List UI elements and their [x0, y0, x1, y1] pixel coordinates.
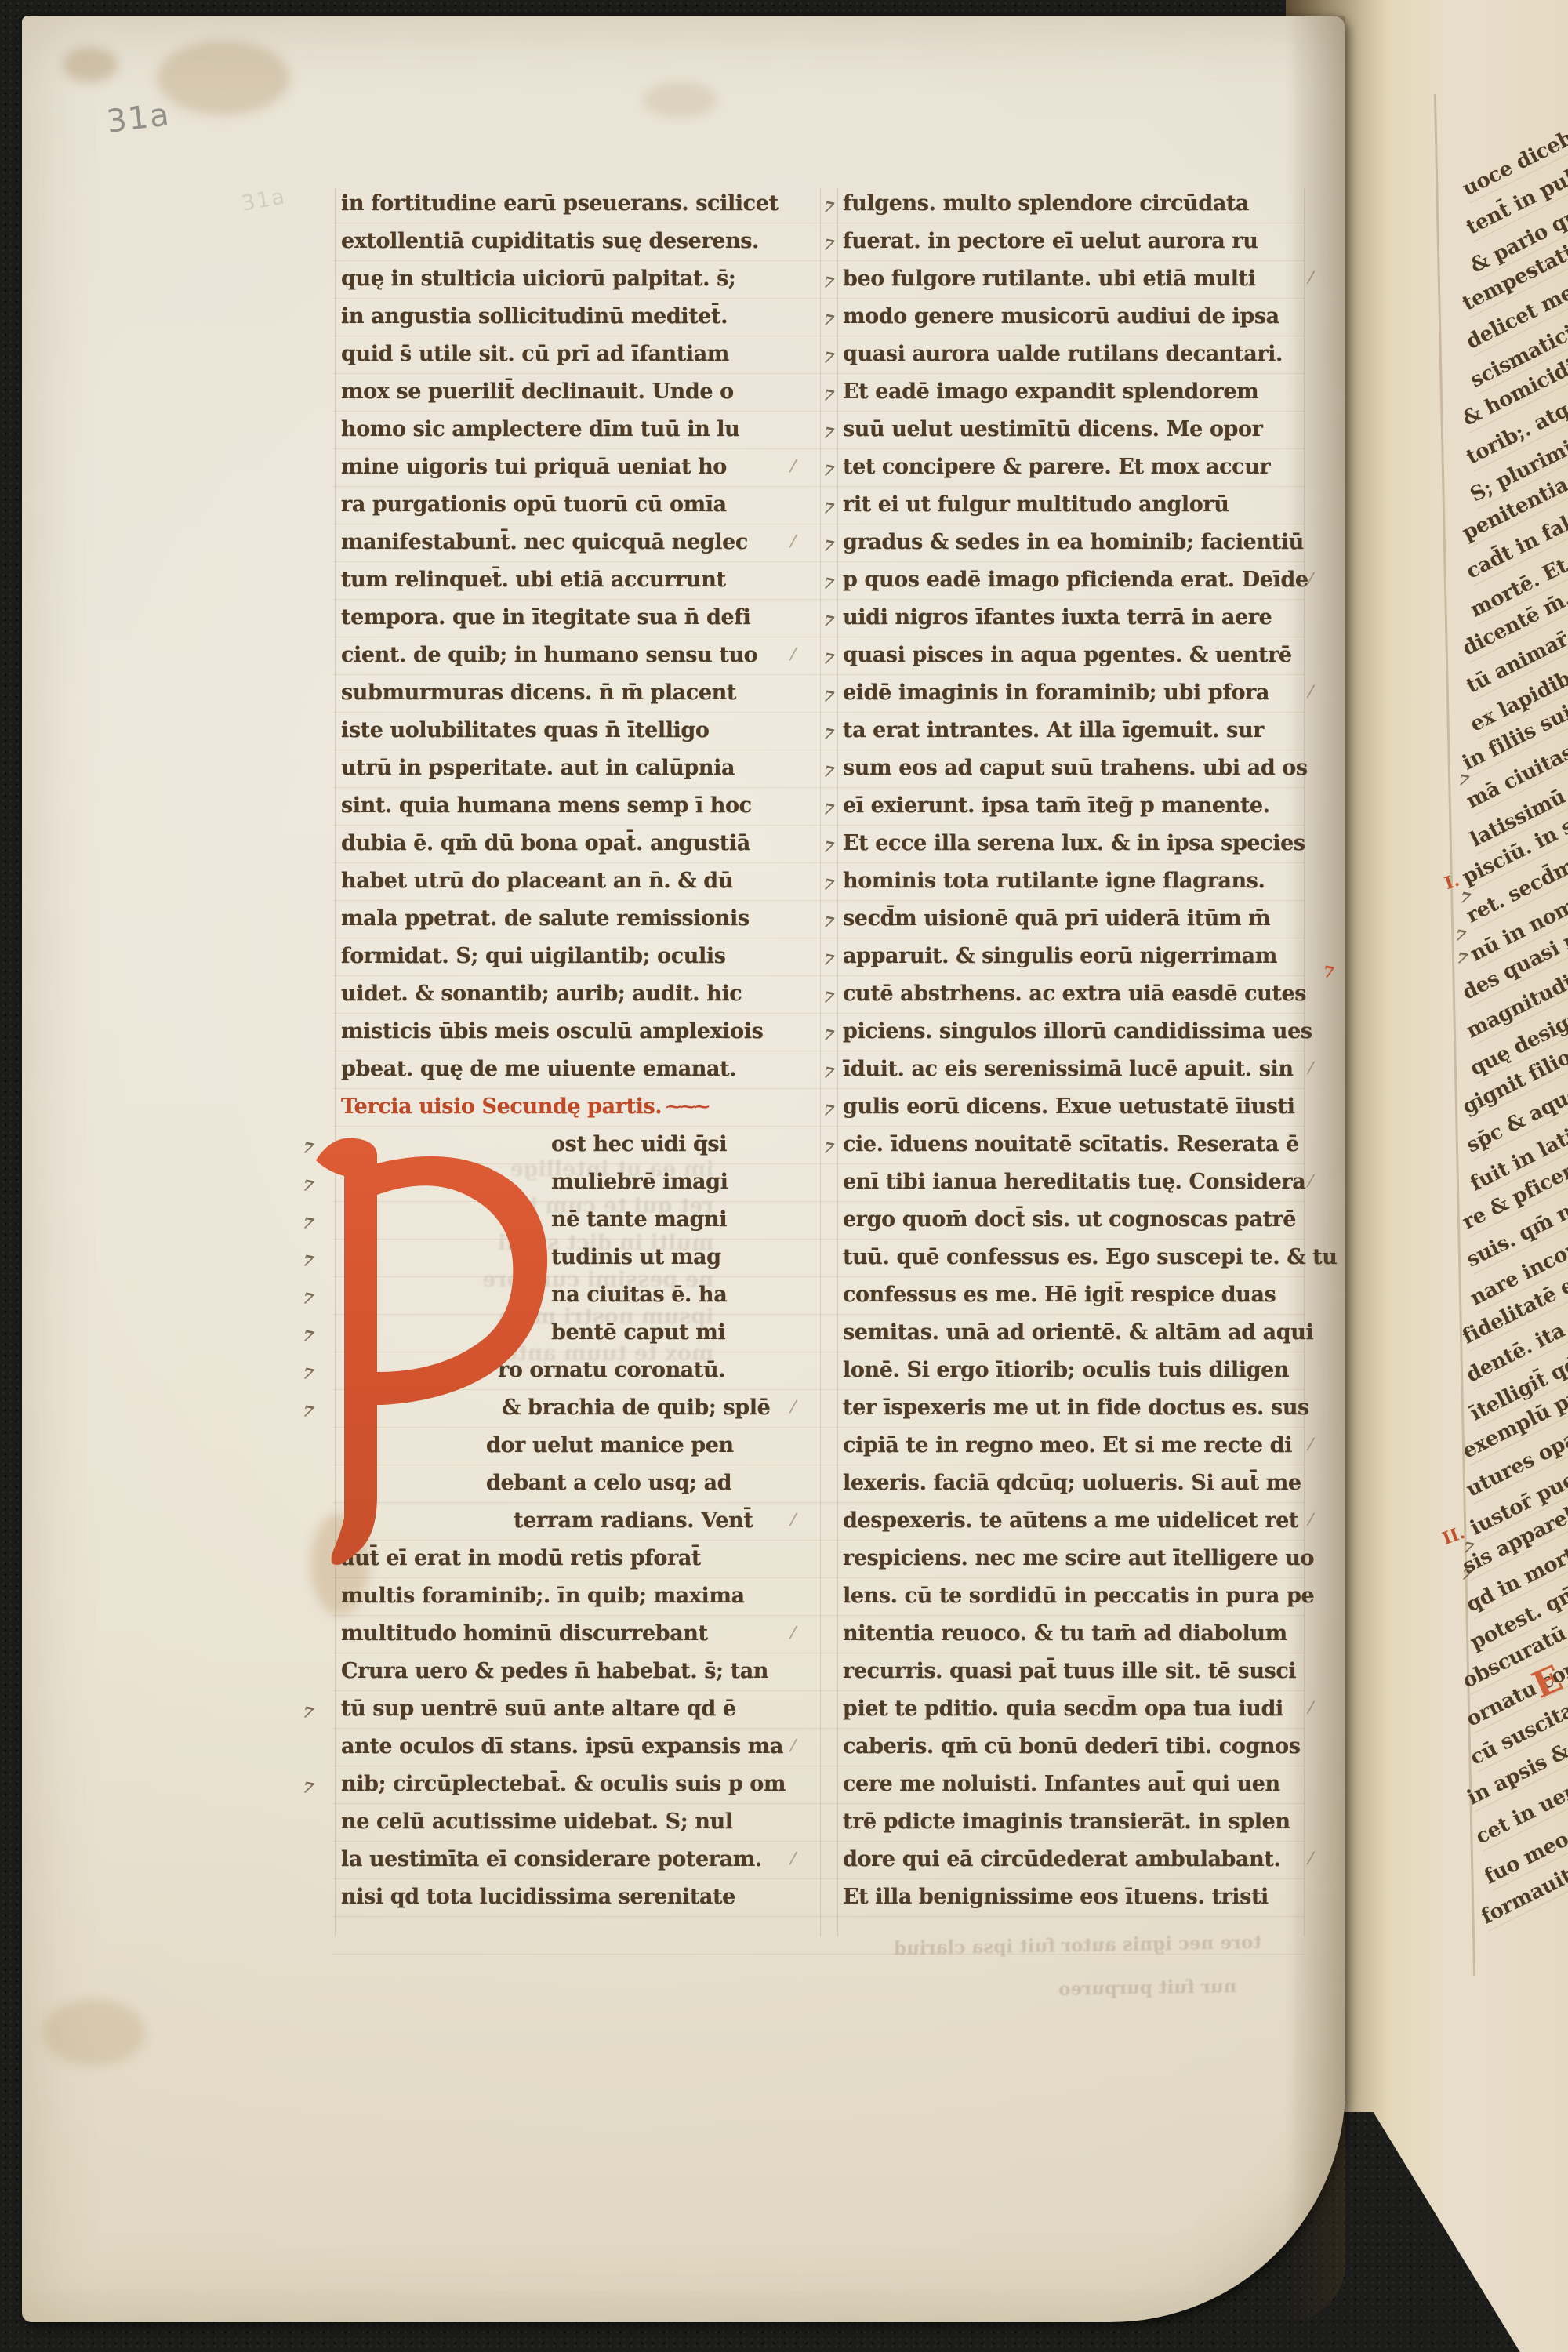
manuscript-line: ante oculos dī stans. ipsū expansis ma	[341, 1734, 794, 1772]
text-column-right: fulgens. multo splendore circūdatafuerat…	[843, 191, 1307, 1922]
manuscript-line: nitentia reuoco. & tu tam̄ ad diabolum	[843, 1621, 1307, 1659]
rule-line	[837, 188, 838, 1936]
manuscript-line: dubia ē. qm̄ dū bona opat̄. angustiā	[341, 831, 794, 869]
manuscript-line: rit ei ut fulgur multitudo anglorū	[843, 492, 1307, 530]
manuscript-line: submurmuras dicens. n̄ m̄ placent	[341, 681, 794, 718]
manuscript-line: semitas. unā ad orientē. & altām ad aqui	[843, 1320, 1307, 1358]
manuscript-line: in fortitudine earū pseuerans. scilicet	[341, 191, 794, 229]
manuscript-line: respiciens. nec me scire aut ītelligere …	[843, 1546, 1307, 1584]
manuscript-line: despexeris. te aūtens a me uidelicet ret	[843, 1508, 1307, 1546]
manuscript-line: trē pdicte imaginis transierāt. in splen	[843, 1809, 1307, 1847]
manuscript-line: pbeat. quę de me uiuente emanat.	[341, 1057, 794, 1094]
manuscript-line: iste uolubilitates quas n̄ ītelligo	[341, 718, 794, 756]
manuscript-line: nib; circūplectebat̄. & oculis suis p om	[341, 1772, 794, 1809]
manuscript-line: p quos eadē imago pficienda erat. Deīde	[843, 568, 1307, 605]
manuscript-line: modo genere musicorū audiui de ipsa	[843, 304, 1307, 342]
show-through-text: nur fuit purpureo	[1058, 1976, 1237, 2000]
manuscript-line: fuerat. in pectore eī uelut aurora ru	[843, 229, 1307, 267]
manuscript-line: cie. īduens nouitatē scītatis. Reserata …	[843, 1132, 1307, 1170]
manuscript-line: utrū in psperitate. aut in calūpnia	[341, 756, 794, 793]
manuscript-line: quę in stulticia uiciorū palpitat. s̄;	[341, 267, 794, 304]
manuscript-line: confessus es me. Hē igit̄ respice duas	[843, 1283, 1307, 1320]
manuscript-line: Et eadē imago expandit splendorem	[843, 379, 1307, 417]
manuscript-line: fulgens. multo splendore circūdata	[843, 191, 1307, 229]
manuscript-line: gulis eorū dicens. Exue uetustatē īiusti	[843, 1094, 1307, 1132]
folio-number-pencil: 31a	[105, 96, 172, 140]
parchment-stain	[157, 41, 290, 115]
manuscript-line: extollentiā cupiditatis suę deserens.	[341, 229, 794, 267]
manuscript-line: homo sic amplectere dīm tuū in lu	[341, 417, 794, 455]
manuscript-line: in angustia sollicitudinū meditet̄.	[341, 304, 794, 342]
text-column-left: in fortitudine earū pseuerans. scilicete…	[341, 191, 794, 1922]
manuscript-line: manifestabunt̄. nec quicquā neglec	[341, 530, 794, 568]
rubric-flourish: ⁓⁓⁓	[662, 1097, 708, 1116]
manuscript-line: tum relinquet̄. ubi etiā accurrunt	[341, 568, 794, 605]
manuscript-line: mox se puerilit̄ declinauit. Unde o	[341, 379, 794, 417]
manuscript-line: habet utrū do placeant an n̄. & dū	[341, 869, 794, 906]
manuscript-line: īduit. ac eis serenissimā lucē apuit. si…	[843, 1057, 1307, 1094]
manuscript-line: eī exierunt. ipsa tam̄ īteḡ p manente.	[843, 793, 1307, 831]
rubric-line: Tercia uisio Secundę partis. ⁓⁓⁓	[341, 1094, 794, 1132]
manuscript-line: uidet. & sonantib; aurib; audit. hic	[341, 982, 794, 1019]
manuscript-photo: uoce dicebat. Istent̄ in puluere& pario …	[0, 0, 1568, 2352]
manuscript-line: ta erat intrantes. At illa īgemuit. sur	[843, 718, 1307, 756]
manuscript-line: mala ppetrat. de salute remissionis	[341, 906, 794, 944]
manuscript-line: multitudo hominū discurrebant	[341, 1621, 794, 1659]
parchment-stain	[43, 1999, 145, 2066]
manuscript-line: misticis ūbis meis osculū amplexiois	[341, 1019, 794, 1057]
manuscript-line: Et illa benignissime eos ītuens. tristi	[843, 1885, 1307, 1922]
manuscript-line: tuū. quē confessus es. Ego suscepi te. &…	[843, 1245, 1307, 1283]
manuscript-line: ter īspexeris me ut in fide doctus es. s…	[843, 1396, 1307, 1433]
manuscript-line: Crura uero & pedes n̄ habebat. s̄; tan	[341, 1659, 794, 1697]
manuscript-line: quasi aurora ualde rutilans decantari.	[843, 342, 1307, 379]
manuscript-line: Et ecce illa serena lux. & in ipsa speci…	[843, 831, 1307, 869]
parchment-stain	[643, 82, 717, 118]
manuscript-line: cutē abstrhens. ac extra uiā easdē cutes	[843, 982, 1307, 1019]
manuscript-line: sum eos ad caput suū trahens. ubi ad os	[843, 756, 1307, 793]
manuscript-line: ergo quom̄ doct̄ sis. ut cognoscas patrē	[843, 1207, 1307, 1245]
manuscript-line: hominis tota rutilante igne flagrans.	[843, 869, 1307, 906]
manuscript-line: suū uelut uestimītū dicens. Me opor	[843, 417, 1307, 455]
rule-line	[820, 188, 821, 1936]
parchment-stain	[63, 47, 118, 82]
manuscript-line: quasi pisces in aqua pgentes. & uentrē	[843, 643, 1307, 681]
manuscript-line: tempora. que in ītegitate sua n̄ defi	[341, 605, 794, 643]
rule-line	[335, 188, 336, 1936]
manuscript-line: cere me noluisti. Infantes aut̄ qui uen	[843, 1772, 1307, 1809]
manuscript-line: quid s̄ utile sit. cū prī ad īfantiam	[341, 342, 794, 379]
illuminated-initial-P	[310, 1127, 561, 1574]
manuscript-line: piet te pditio. quia secd̄m opa tua iudi	[843, 1697, 1307, 1734]
manuscript-line: lonē. Si ergo ītiorib; oculis tuis dilig…	[843, 1358, 1307, 1396]
manuscript-line: sint. quia humana mens semp ī hoc	[341, 793, 794, 831]
manuscript-line: eidē imaginis in foraminib; ubi pfora	[843, 681, 1307, 718]
manuscript-line: beo fulgore rutilante. ubi etiā multi	[843, 267, 1307, 304]
manuscript-line: cipiā te in regno meo. Et si me recte di	[843, 1433, 1307, 1471]
manuscript-line: recurris. quasi pat̄ tuus ille sit. tē s…	[843, 1659, 1307, 1697]
manuscript-line: dore qui eā circūdederat ambulabant.	[843, 1847, 1307, 1885]
manuscript-line: formidat. S; qui uigilantib; oculis	[341, 944, 794, 982]
manuscript-line: gradus & sedes in ea hominib; facientiū	[843, 530, 1307, 568]
manuscript-line: nisi qd tota lucidissima serenitate	[341, 1885, 794, 1922]
manuscript-line: lexeris. faciā qdcūq; uolueris. Si aut̄ …	[843, 1471, 1307, 1508]
manuscript-line: tū sup uentrē suū ante altare qd ē	[341, 1697, 794, 1734]
manuscript-line: ne celū acutissime uidebat. S; nul	[341, 1809, 794, 1847]
manuscript-line: enī tibi ianua hereditatis tuę. Consider…	[843, 1170, 1307, 1207]
manuscript-line: ra purgationis opū tuorū cū omīa	[341, 492, 794, 530]
manuscript-line: cient. de quib; in humano sensu tuo	[341, 643, 794, 681]
manuscript-line: lens. cū te sordidū in peccatis in pura …	[843, 1584, 1307, 1621]
manuscript-line: caberis. qm̄ cū bonū dederī tibi. cognos	[843, 1734, 1307, 1772]
manuscript-line: apparuit. & singulis eorū nigerrimam	[843, 944, 1307, 982]
manuscript-line: la uestimīta eī considerare poteram.	[341, 1847, 794, 1885]
manuscript-line: multis foraminib;. īn quib; maxima	[341, 1584, 794, 1621]
manuscript-line: uidi nigros īfantes iuxta terrā in aere	[843, 605, 1307, 643]
manuscript-line: tet concipere & parere. Et mox accur	[843, 455, 1307, 492]
manuscript-line: mine uigoris tui priquā ueniat ho	[341, 455, 794, 492]
manuscript-line: secd̄m uisionē quā prī uiderā itūm m̄	[843, 906, 1307, 944]
manuscript-line: piciens. singulos illorū candidissima ue…	[843, 1019, 1307, 1057]
